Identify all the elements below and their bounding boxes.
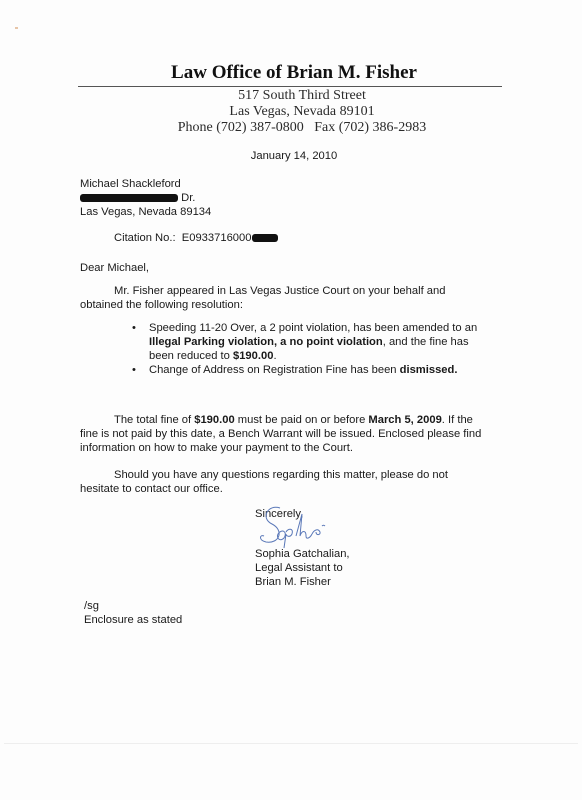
signature-icon xyxy=(250,504,330,554)
firm-city: Las Vegas, Nevada 89101 xyxy=(0,104,582,120)
para2-mid: must be paid on or before xyxy=(235,414,369,426)
bullet2: Change of Address on Registration Fine h… xyxy=(149,364,457,376)
para2-line3: information on how to make your payment … xyxy=(80,442,353,454)
firm-name: Law Office of Brian M. Fisher xyxy=(0,62,582,84)
bullet1-bold: Illegal Parking violation, a no point vi… xyxy=(149,336,383,348)
recipient-name: Michael Shackleford xyxy=(80,178,181,190)
para2-pre: The total fine of xyxy=(114,414,194,426)
salutation: Dear Michael, xyxy=(80,262,149,274)
para1-line2: obtained the following resolution: xyxy=(80,299,243,311)
citation-line: Citation No.: E0933716000 xyxy=(114,232,278,244)
reduced-fine: $190.00 xyxy=(233,350,273,362)
bullet1-line3-post: . xyxy=(273,350,276,362)
payment-deadline: March 5, 2009 xyxy=(368,414,441,426)
para2-line2: fine is not paid by this date, a Bench W… xyxy=(80,428,481,440)
firm-street: 517 South Third Street xyxy=(0,88,582,104)
letterhead-rule xyxy=(78,86,502,87)
enclosure-note: Enclosure as stated xyxy=(84,614,182,626)
firm-phone-fax: Phone (702) 387-0800 Fax (702) 386-2983 xyxy=(0,120,582,136)
para3-line1: Should you have any questions regarding … xyxy=(114,469,448,481)
signer-for: Brian M. Fisher xyxy=(255,576,331,588)
citation-label: Citation No.: xyxy=(114,232,176,244)
letter-date: January 14, 2010 xyxy=(0,150,582,162)
bullet1-rest: , and the fine has xyxy=(383,336,469,348)
bullet2-text: Change of Address on Registration Fine h… xyxy=(149,364,400,376)
bullet1-line2: Illegal Parking violation, a no point vi… xyxy=(149,336,469,348)
bullet1-line3: been reduced to $190.00. xyxy=(149,350,277,362)
bullet1-line3-pre: been reduced to xyxy=(149,350,233,362)
scan-edge-line xyxy=(4,743,578,744)
para3-line2: hesitate to contact our office. xyxy=(80,483,223,495)
redacted-street xyxy=(80,194,178,202)
total-fine: $190.00 xyxy=(194,414,234,426)
recipient-street: Dr. xyxy=(80,192,195,204)
bullet2-bold: dismissed. xyxy=(400,364,458,376)
signer-title: Legal Assistant to xyxy=(255,562,343,574)
citation-number: E0933716000 xyxy=(182,232,252,244)
street-suffix: Dr. xyxy=(181,192,195,204)
typist-initials: /sg xyxy=(84,600,99,612)
bullet1-line1: Speeding 11-20 Over, a 2 point violation… xyxy=(149,322,477,334)
redacted-citation-suffix xyxy=(252,234,278,242)
para2-line1: The total fine of $190.00 must be paid o… xyxy=(114,414,473,426)
para2-post: . If the xyxy=(442,414,473,426)
bullet-dot: • xyxy=(132,364,136,376)
bullet-dot: • xyxy=(132,322,136,334)
signer-name: Sophia Gatchalian, xyxy=(255,548,350,560)
recipient-city: Las Vegas, Nevada 89134 xyxy=(80,206,211,218)
scan-speck xyxy=(15,27,18,29)
para1-line1: Mr. Fisher appeared in Las Vegas Justice… xyxy=(114,285,445,297)
